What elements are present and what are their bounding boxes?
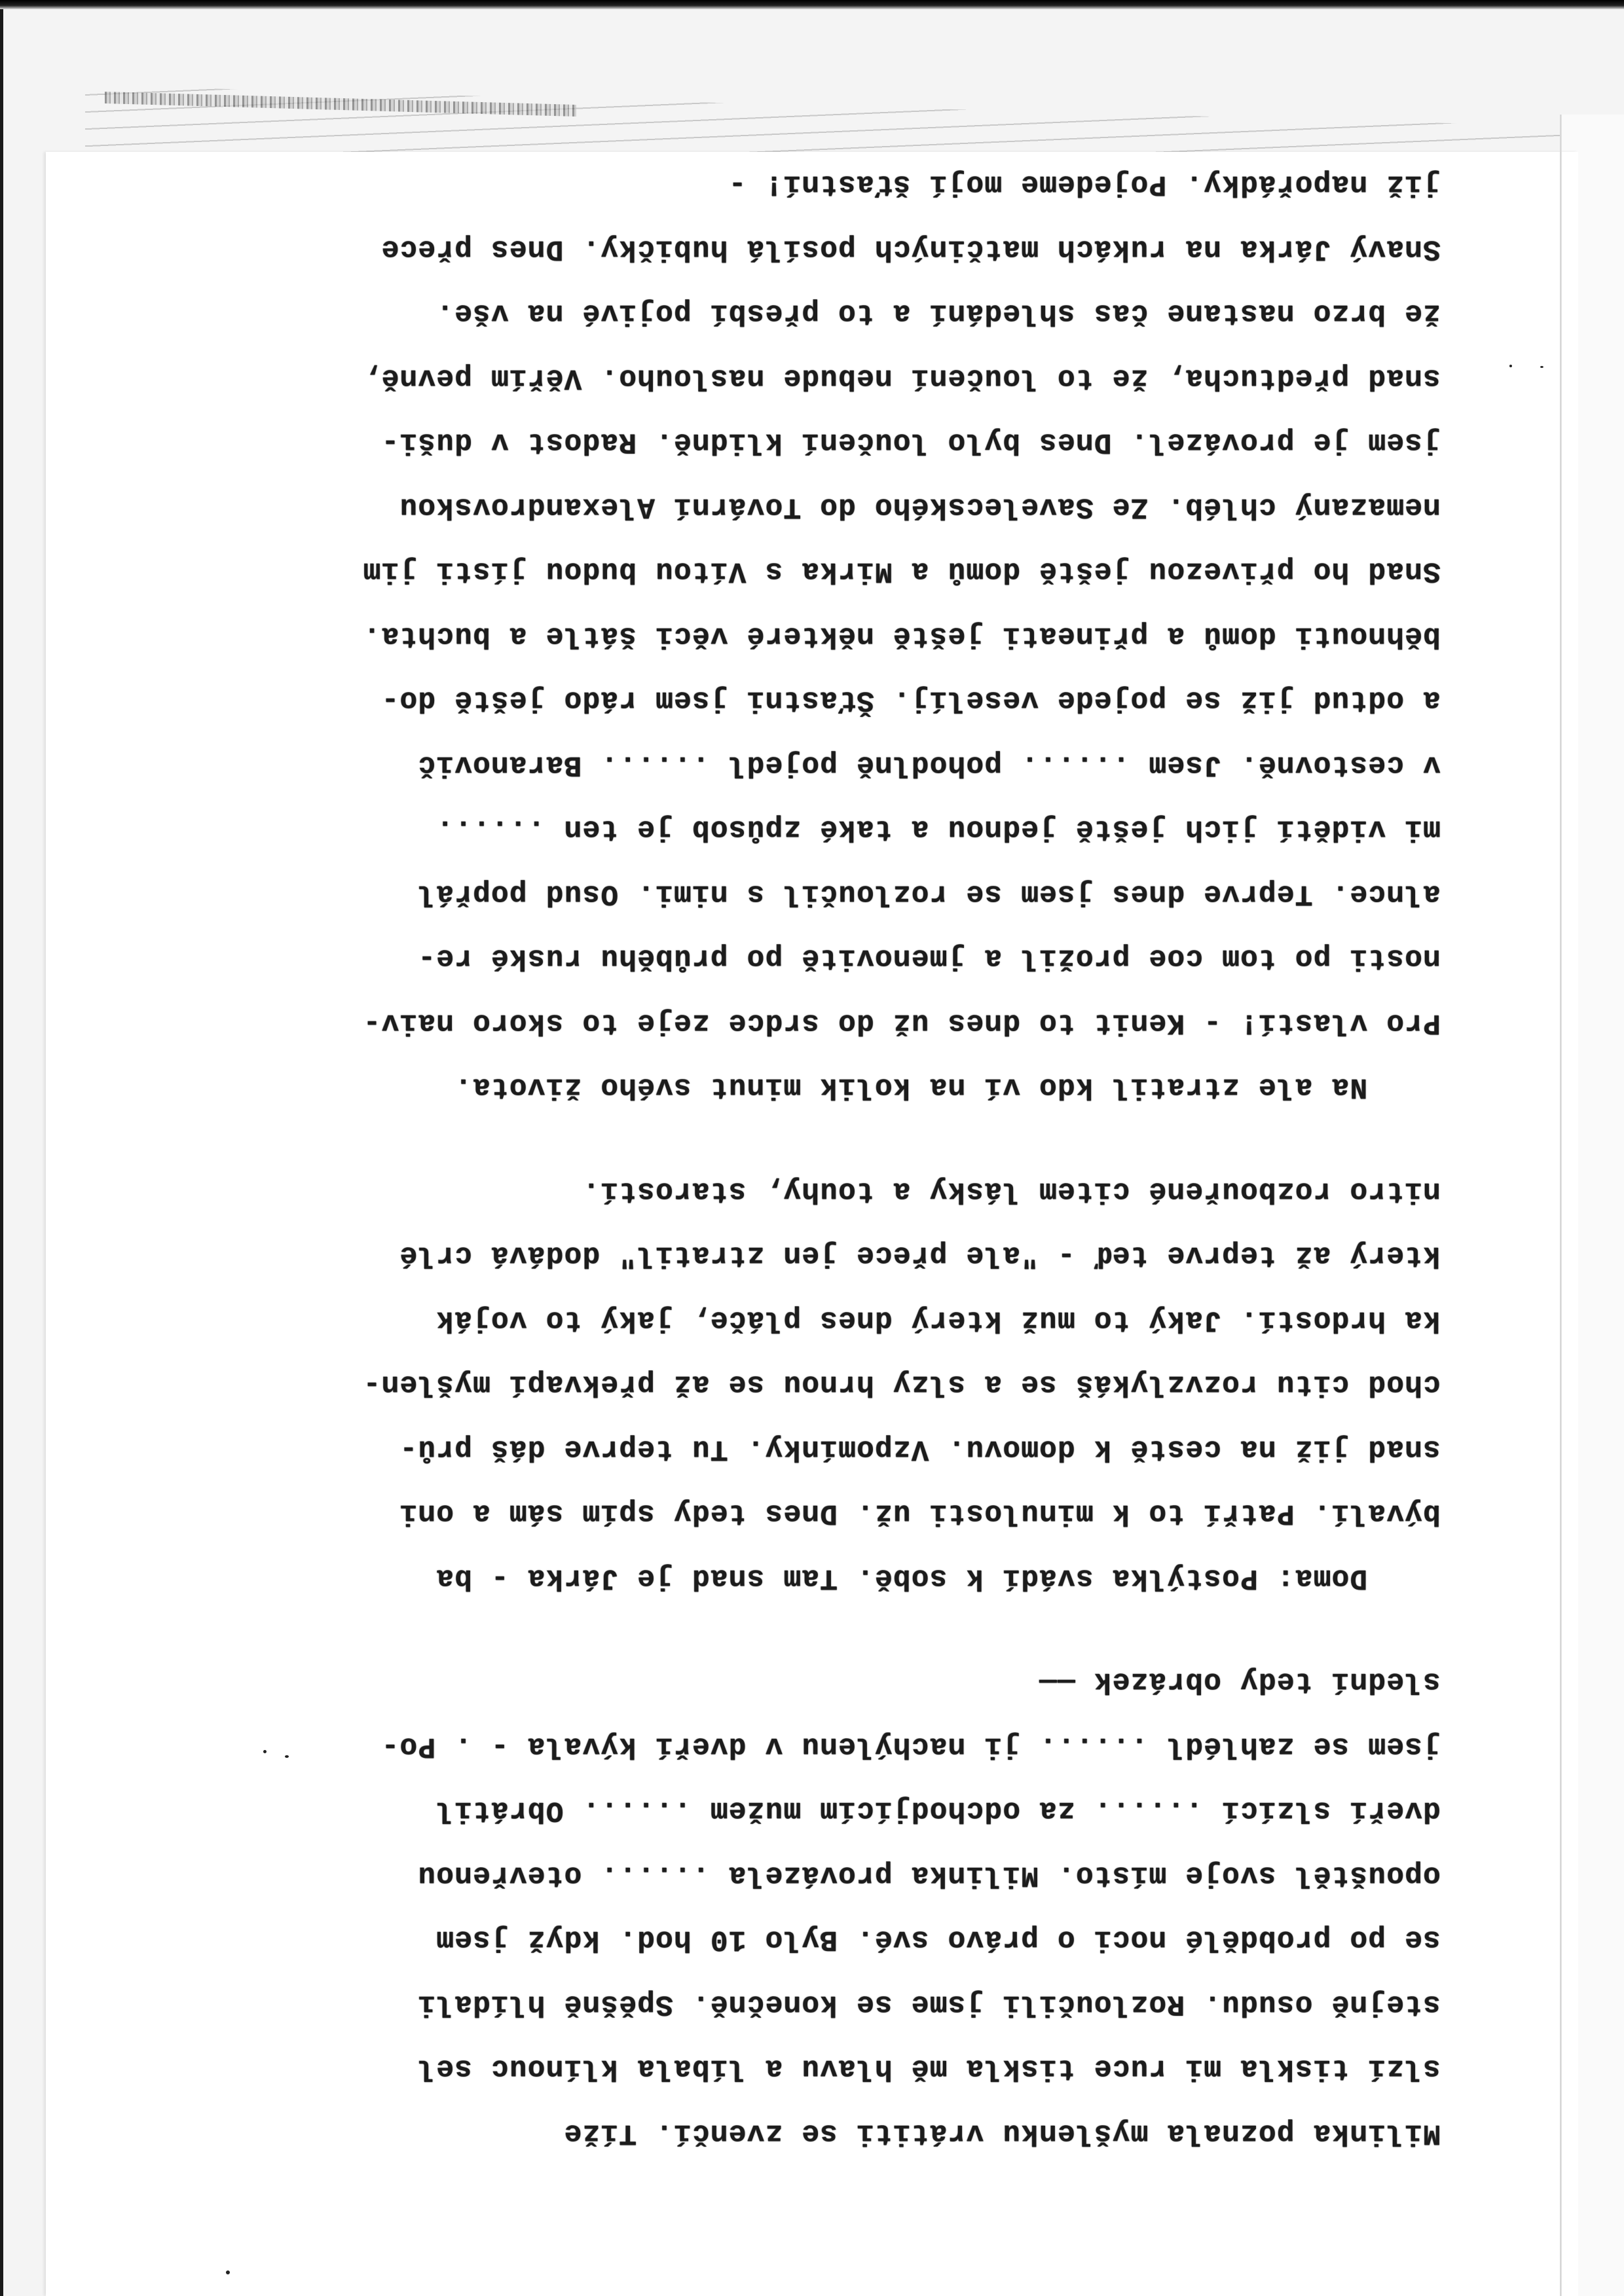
text-line: již napořádky. Pojedeme mojí šťastní! - xyxy=(728,170,1441,199)
text-line: jsem je provázel. Dnes bylo loučení klid… xyxy=(381,428,1441,457)
text-line: Na ale ztratil kdo ví na kolik minut své… xyxy=(454,1072,1441,1102)
scanner-top-edge xyxy=(0,0,1624,9)
typed-text-block: Milinka poznala myšlenku vrátiti se zven… xyxy=(196,242,1441,2154)
text-line: Snad ho přivezou ještě domů a Mirka s Ví… xyxy=(363,556,1441,586)
text-line: snad předtucha, že to loučení nebude nas… xyxy=(363,363,1441,393)
text-line: opouštěl svoje místo. Milinka provázela … xyxy=(417,1861,1441,1890)
page-fold-line xyxy=(1560,115,1562,2296)
text-line: který až teprve teď - "ale přece jen ztr… xyxy=(399,1241,1441,1270)
text-line: v cestovně. Jsem ...... pohodlně pojedl … xyxy=(417,750,1441,780)
text-line: snad již na cestě k domovu. Vzpomínky. T… xyxy=(399,1434,1441,1464)
text-line: se po probdělé noci o právo své. Bylo 10… xyxy=(435,1925,1441,1954)
text-line: nosti po tom coe prožil a jmenovitě po p… xyxy=(417,943,1441,973)
ink-speck xyxy=(285,1755,289,1758)
text-line: jsem se zahlédl ...... ji nachýlenu v dv… xyxy=(381,1732,1441,1761)
text-line: bývalí. Patří to k minulosti už. Dnes te… xyxy=(399,1499,1441,1528)
text-line: Doma: Postýlka svádí k sobě. Tam snad je… xyxy=(435,1563,1441,1593)
text-line: nitro rozbouřené citem lásky a touhy, st… xyxy=(581,1176,1441,1206)
text-line: Snavý Járka na rukách matčiných posílá h… xyxy=(381,234,1441,264)
text-line: nemazaný chléb. Ze Savelecského do Továr… xyxy=(399,492,1441,522)
text-line: stejně osudu. Rozloučili jsme se konečně… xyxy=(417,1990,1441,2019)
text-line: ka hrdostí. Jaký to muž který dnes pláče… xyxy=(435,1305,1441,1335)
text-line: běhnouti domů a přineati ještě některé v… xyxy=(363,621,1441,651)
text-line: Milinka poznala myšlenku vrátiti se zven… xyxy=(564,2119,1441,2148)
text-line: slední tedy obrázek —— xyxy=(1039,1667,1441,1696)
ink-speck xyxy=(1509,365,1512,367)
text-line: a odtud již se pojede veselíj. Šťastni j… xyxy=(381,685,1441,715)
text-line: dveří slzící ...... za odchodjícím mužem… xyxy=(435,1796,1441,1825)
text-line: že brzo nastane čas shledání a to přesbí… xyxy=(435,299,1441,328)
text-line: chod citu rozvzlykáš se a slzy hrnou se … xyxy=(363,1370,1441,1399)
text-line: alnce. Teprve dnes jsem se rozloučil s n… xyxy=(417,879,1441,909)
ink-speck xyxy=(1540,366,1543,368)
ink-speck xyxy=(226,2270,230,2274)
ink-speck xyxy=(263,1750,267,1753)
text-line: mi vidětí jich ještě jednou a také způso… xyxy=(435,814,1441,844)
text-line: Pro vlastí! - Kenit to dnes už do srdce … xyxy=(363,1008,1441,1038)
text-line: slzí tiskla mi ruce tiskla mě hlavu a lí… xyxy=(417,2054,1441,2083)
